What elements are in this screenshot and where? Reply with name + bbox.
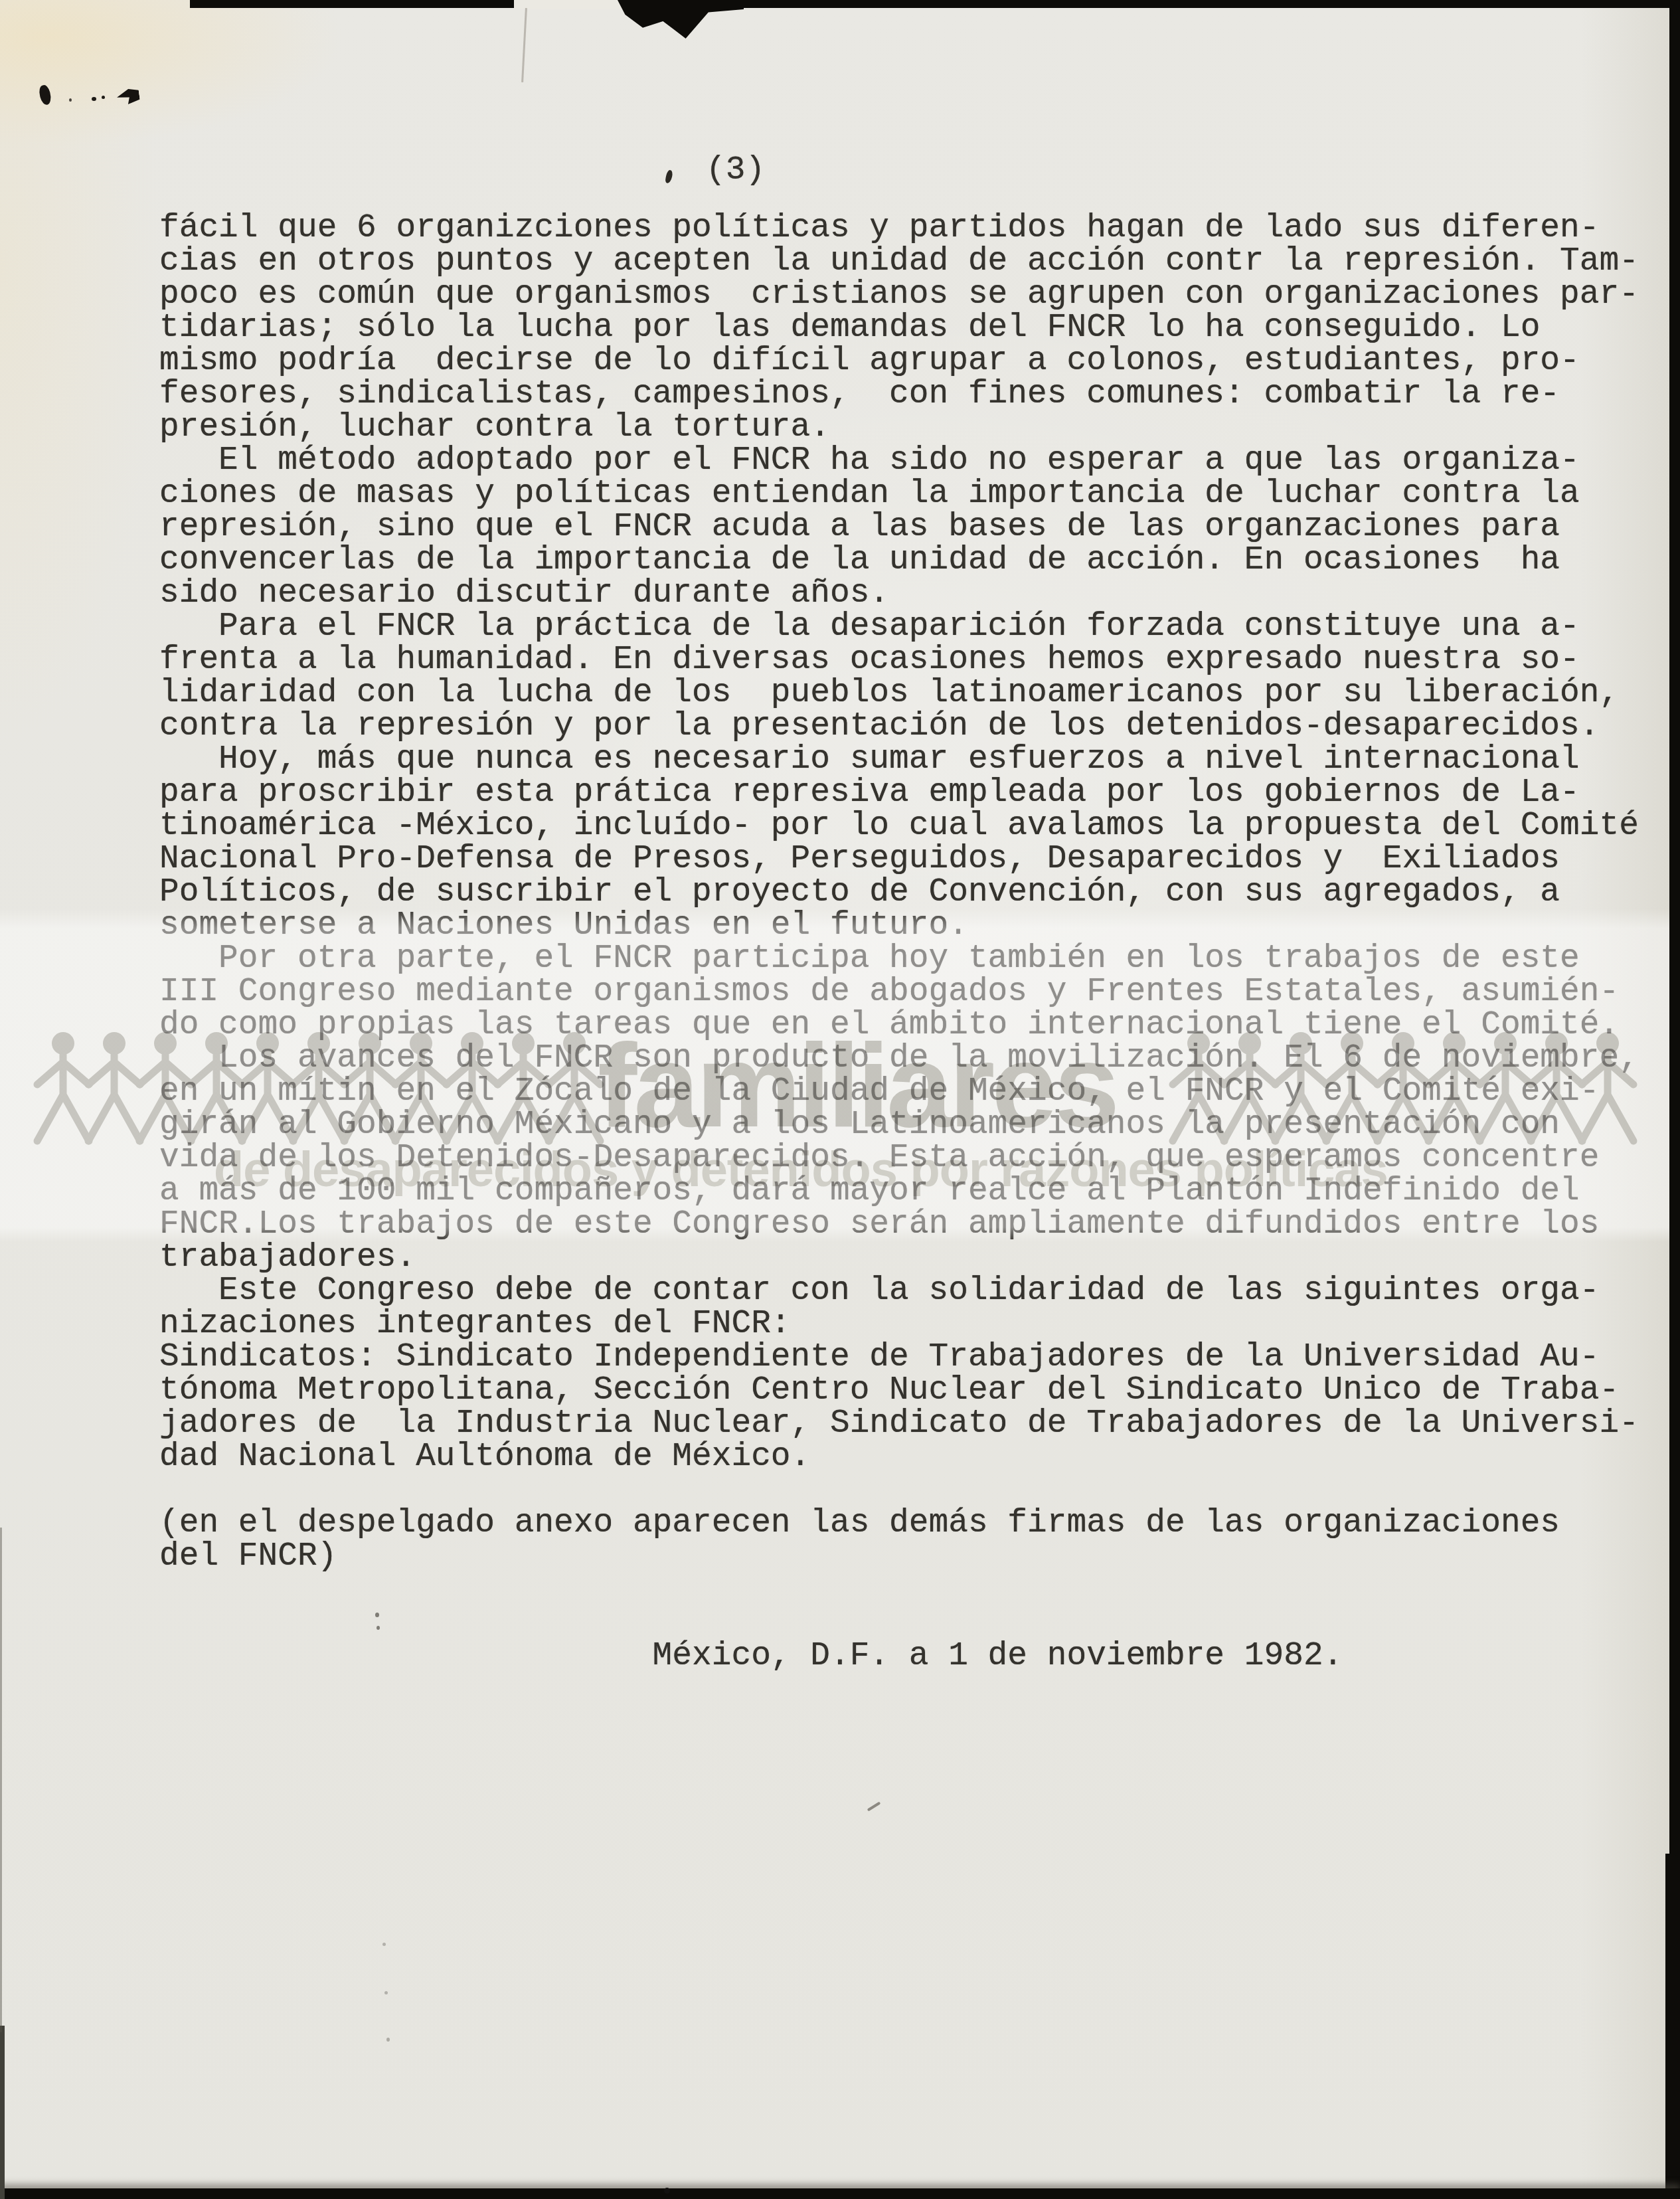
scan-edge-top bbox=[190, 0, 1680, 8]
ink-smudge bbox=[37, 84, 52, 106]
ink-dot bbox=[92, 97, 96, 101]
pencil-speck bbox=[382, 1943, 386, 1946]
paper-tear-notch bbox=[514, 0, 627, 9]
ink-speck-near-page-number bbox=[665, 169, 673, 183]
scan-edge-top-blob bbox=[618, 0, 744, 39]
scan-edge-left-shadow bbox=[0, 1528, 2, 2032]
ink-dot-bottom bbox=[664, 2188, 670, 2194]
pencil-tick bbox=[867, 1801, 881, 1811]
watermark-tagline-text: de desaparecidos y detenidos por razones… bbox=[214, 1145, 1388, 1194]
scan-edge-bottom bbox=[0, 2188, 1680, 2199]
scan-edge-left-lower bbox=[0, 2026, 5, 2199]
pencil-speck bbox=[386, 2038, 390, 2042]
doll-chain-right bbox=[1173, 1032, 1634, 1141]
watermark-band: familiares de desaparecidos y detenidos … bbox=[0, 909, 1669, 1242]
ink-speck bbox=[377, 1626, 380, 1630]
ink-dot bbox=[102, 96, 105, 99]
doll-chain-left bbox=[37, 1032, 600, 1141]
scan-edge-right-lower bbox=[1665, 1854, 1680, 2199]
paper-crack-line bbox=[521, 8, 527, 82]
ink-dot bbox=[69, 98, 72, 102]
watermark-brand-text: familiares bbox=[598, 1027, 1116, 1145]
page-number: (3) bbox=[706, 151, 765, 189]
scanned-document-page: (3) fácil que 6 organizciones políticas … bbox=[0, 0, 1680, 2199]
ink-mark bbox=[116, 88, 141, 106]
pencil-speck bbox=[384, 1991, 388, 1994]
ink-speck bbox=[375, 1613, 379, 1617]
